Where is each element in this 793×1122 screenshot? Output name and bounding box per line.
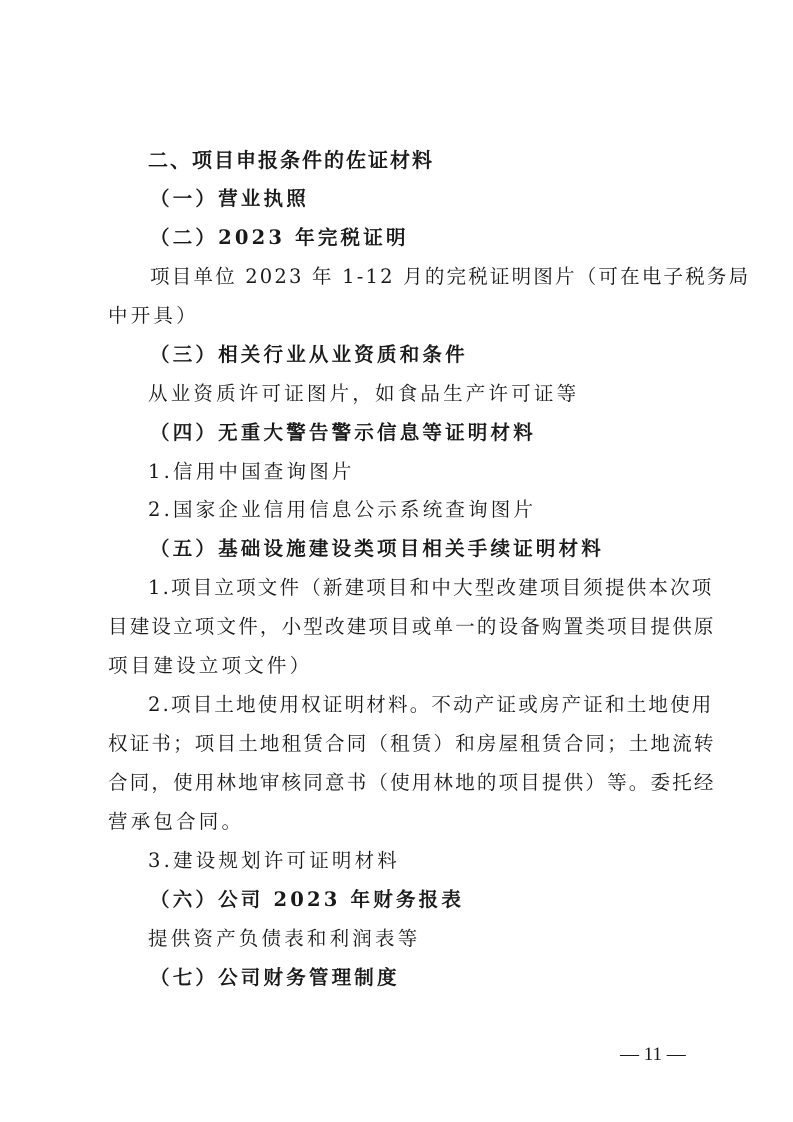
item-5-desc-line-6: 合同，使用林地审核同意书（使用林地的项目提供）等。委托经 xyxy=(108,770,693,796)
item-5-label: （五）基础设施建设类项目相关手续证明材料 xyxy=(150,536,604,562)
item-5-desc-line-3: 项目建设立项文件） xyxy=(108,653,312,679)
item-4-desc-line-2: 2.国家企业信用信息公示系统查询图片 xyxy=(148,497,536,523)
item-5-desc-line-5: 权证书；项目土地租赁合同（租赁）和房屋租赁合同；土地流转 xyxy=(108,731,693,757)
item-5-desc-line-8: 3.建设规划许可证明材料 xyxy=(148,848,400,874)
item-4-label: （四）无重大警告警示信息等证明材料 xyxy=(150,420,536,446)
item-2-label: （二）2023 年完税证明 xyxy=(150,225,409,251)
item-3-desc-line-1: 从业资质许可证图片，如食品生产许可证等 xyxy=(148,381,579,407)
item-2-desc-line-2: 中开具） xyxy=(108,303,199,329)
page-number: — 11 — xyxy=(620,1044,686,1066)
item-4-desc-line-1: 1.信用中国查询图片 xyxy=(148,459,355,485)
item-6-desc-line-1: 提供资产负债表和利润表等 xyxy=(148,926,420,952)
item-7-label: （七）公司财务管理制度 xyxy=(150,965,400,991)
item-3-label: （三）相关行业从业资质和条件 xyxy=(150,342,468,368)
section-heading: 二、项目申报条件的佐证材料 xyxy=(148,147,434,173)
item-1-label: （一）营业执照 xyxy=(150,186,309,212)
item-5-desc-line-7: 营承包合同。 xyxy=(108,809,244,835)
item-5-desc-line-2: 目建设立项文件，小型改建项目或单一的设备购置类项目提供原 xyxy=(108,614,693,640)
item-5-desc-line-1: 1.项目立项文件（新建项目和中大型改建项目须提供本次项 xyxy=(148,575,693,601)
item-6-label: （六）公司 2023 年财务报表 xyxy=(150,887,464,913)
item-5-desc-line-4: 2.项目土地使用权证明材料。不动产证或房产证和土地使用 xyxy=(148,692,693,718)
item-2-desc-line-1: 项目单位 2023 年 1-12 月的完税证明图片（可在电子税务局 xyxy=(150,264,693,290)
